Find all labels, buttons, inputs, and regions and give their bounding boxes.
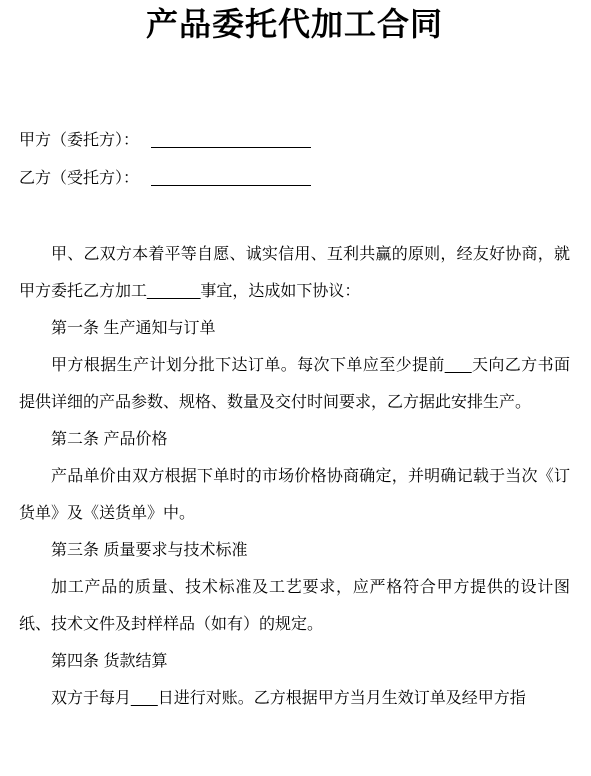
document-page: 产品委托代加工合同 甲方（委托方）： 乙方（受托方）： 甲、乙双方本着平等自愿、… [0, 0, 591, 776]
party-line-a: 甲方（委托方）： [19, 122, 570, 160]
party-a-blank-line [151, 130, 311, 148]
clause-1-body: 甲方根据生产计划分批下达订单。每次下单应至少提前___天向乙方书面提供详细的产品… [19, 347, 570, 421]
document-title: 产品委托代加工合同 [19, 0, 570, 45]
party-line-b: 乙方（受托方）： [19, 160, 570, 198]
clause-4-body-truncated: 双方于每月___日进行对账。乙方根据甲方当月生效订单及经甲方指 [19, 680, 570, 717]
clause-3-body: 加工产品的质量、技术标准及工艺要求，应严格符合甲方提供的设计图纸、技术文件及封样… [19, 569, 570, 643]
party-b-label: 乙方（受托方）： [19, 170, 139, 187]
clause-3-heading: 第三条 质量要求与技术标准 [19, 532, 570, 569]
party-b-blank-line [151, 168, 311, 186]
clause-2-heading: 第二条 产品价格 [19, 421, 570, 458]
preamble-paragraph: 甲、乙双方本着平等自愿、诚实信用、互利共赢的原则，经友好协商，就甲方委托乙方加工… [19, 236, 570, 310]
party-block: 甲方（委托方）： 乙方（受托方）： [19, 122, 570, 198]
clause-1-heading: 第一条 生产通知与订单 [19, 310, 570, 347]
clause-4-heading: 第四条 货款结算 [19, 643, 570, 680]
contract-body: 甲、乙双方本着平等自愿、诚实信用、互利共赢的原则，经友好协商，就甲方委托乙方加工… [19, 236, 570, 717]
clause-2-body: 产品单价由双方根据下单时的市场价格协商确定，并明确记载于当次《订货单》及《送货单… [19, 458, 570, 532]
party-a-label: 甲方（委托方）： [19, 132, 139, 149]
